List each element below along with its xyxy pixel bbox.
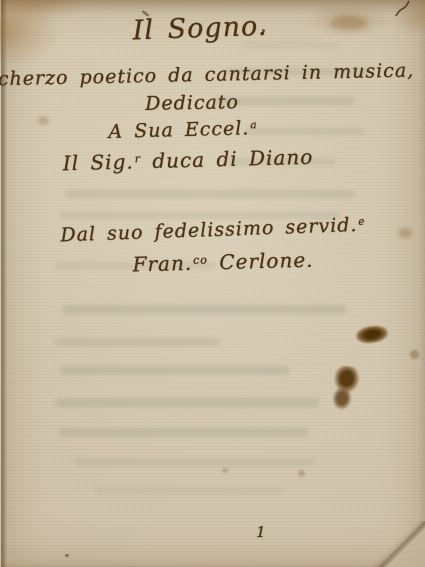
folded-corner xyxy=(373,521,425,567)
ink-fleck xyxy=(65,554,69,557)
dedication-intro: Dedicato xyxy=(144,91,238,115)
dedication-addressee-superscript: a xyxy=(250,119,258,131)
dedication-recipient-superscript: r xyxy=(134,152,141,165)
author-signature-text: Fran. xyxy=(132,251,192,277)
dedication-recipient-text: Il Sig. xyxy=(62,149,134,175)
top-left-corner-stain xyxy=(0,0,130,110)
dedication-addressee: A Sua Eccel.a xyxy=(108,117,258,143)
bleedthrough-line xyxy=(245,128,365,135)
dedication-recipient: Il Sig.r duca di Diano xyxy=(62,145,313,176)
author-signature: Fran.co Cerlone. xyxy=(132,248,314,277)
manuscript-subtitle: Scherzo poetico da cantarsi in musica, xyxy=(0,59,414,90)
dedication-recipient-rest: duca di Diano xyxy=(140,145,313,174)
bleedthrough-line xyxy=(55,398,320,407)
paper-stain xyxy=(355,324,389,345)
dedication-addressee-text: A Sua Eccel. xyxy=(108,117,249,143)
bleedthrough-line xyxy=(55,338,220,346)
bleedthrough-line xyxy=(65,190,355,198)
manuscript-page: Il Sogno. Scherzo poetico da cantarsi in… xyxy=(0,0,425,567)
paper-stain xyxy=(398,228,412,238)
paper-stain xyxy=(298,470,305,477)
bleedthrough-line xyxy=(75,458,315,466)
author-signature-superscript: co xyxy=(192,253,207,266)
bleedthrough-line xyxy=(60,366,290,375)
paper-stain xyxy=(410,350,419,359)
author-signature-rest: Cerlone. xyxy=(207,248,313,275)
closing-line-superscript: e xyxy=(358,216,366,228)
paper-stain xyxy=(222,468,228,473)
stray-ink-mark xyxy=(393,0,417,17)
bleedthrough-line xyxy=(95,487,285,494)
paper-stain xyxy=(330,16,368,30)
closing-line: Dal suo fedelissimo servid.e xyxy=(60,214,366,247)
manuscript-title: Il Sogno. xyxy=(132,11,268,47)
paper-stain xyxy=(328,364,361,411)
bleedthrough-line xyxy=(62,305,347,314)
closing-line-text: Dal suo fedelissimo servid. xyxy=(60,214,358,246)
bleedthrough-line xyxy=(240,42,340,48)
page-number: 1 xyxy=(256,523,266,541)
paper-stain xyxy=(38,116,49,125)
bleedthrough-line xyxy=(58,428,308,437)
